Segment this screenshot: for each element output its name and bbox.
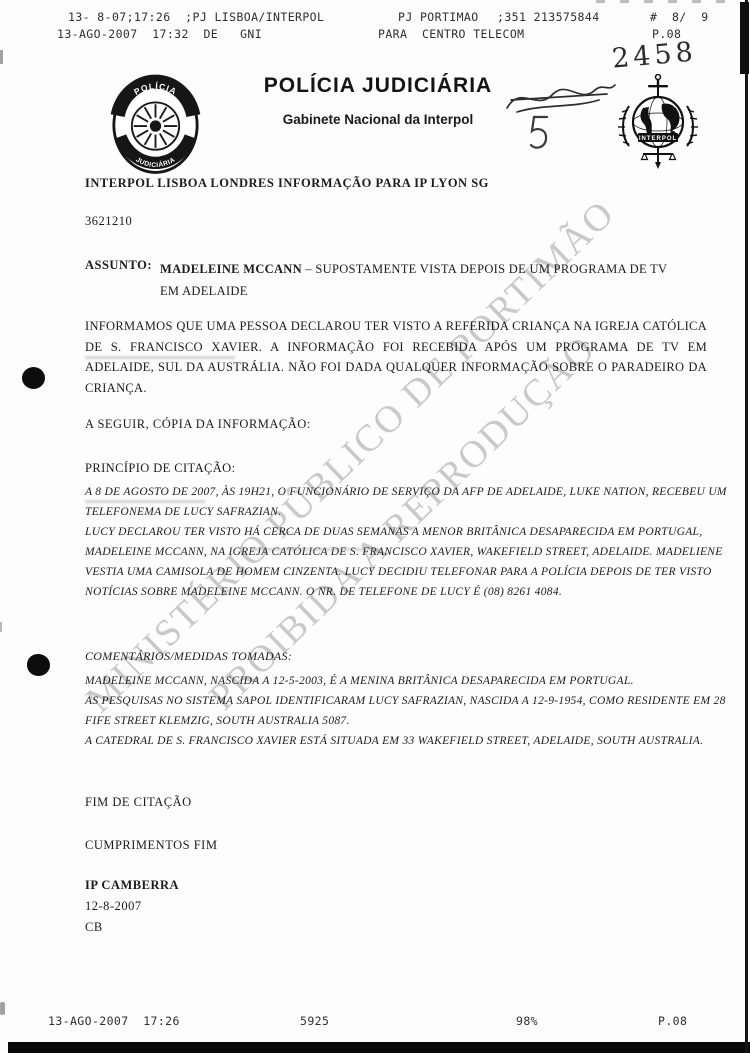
citation-end-line: FIM DE CITAÇÃO <box>85 795 192 810</box>
page-title: POLÍCIA JUDICIÁRIA <box>258 74 498 98</box>
citation-paragraph: LUCY DECLAROU TER VISTO HÁ CERCA DE DUAS… <box>85 522 730 602</box>
fax-sent-line: 13- 8-07;17:26 ;PJ LISBOA/INTERPOL <box>68 10 324 24</box>
scan-mark-left-top <box>0 50 3 64</box>
date-line: 12-8-2007 <box>85 899 142 914</box>
fax-recv-line: 13-AGO-2007 17:32 DE GNI <box>57 27 262 41</box>
citation-start-line: PRINCÍPIO DE CITAÇÃO: <box>85 461 235 476</box>
scan-mark-left-mid <box>0 622 2 632</box>
hole-punch-mark <box>27 654 50 676</box>
scan-block-right <box>740 2 749 74</box>
footer-quality: 98% <box>516 1014 538 1028</box>
comment-paragraph: A CATEDRAL DE S. FRANCISCO XAVIER ESTÁ S… <box>85 731 730 751</box>
scan-smudge <box>85 356 235 359</box>
reference-number: 3621210 <box>85 214 132 229</box>
scan-line-right <box>745 0 748 1053</box>
scan-smudge <box>250 548 380 551</box>
comment-paragraph: AS PESQUISAS NO SISTEMA SAPOL IDENTIFICA… <box>85 691 730 731</box>
fax-document-page: 13- 8-07;17:26 ;PJ LISBOA/INTERPOL PJ PO… <box>0 0 750 1053</box>
scan-mark-left-bottom <box>0 1002 5 1015</box>
comments-block: MADELEINE MCCANN, NASCIDA A 12-5-2003, É… <box>85 671 730 751</box>
subject-label: ASSUNTO: <box>85 258 152 273</box>
fax-sent-number: ;351 213575844 <box>497 10 600 24</box>
signoff-line: CUMPRIMENTOS FIM <box>85 838 217 853</box>
copy-intro-line: A SEGUIR, CÓPIA DA INFORMAÇÃO: <box>85 417 311 432</box>
fax-recv-to: PARA CENTRO TELECOM <box>378 27 524 41</box>
emblem-banner-label: INTERPOL <box>639 136 677 142</box>
interpol-emblem-icon: INTERPOL <box>597 56 703 193</box>
scan-fragment-top <box>596 0 738 3</box>
subject-value: MADELEINE MCCANN – SUPOSTAMENTE VISTA DE… <box>160 258 680 302</box>
comments-heading: COMENTÁRIOS/MEDIDAS TOMADAS: <box>85 649 292 664</box>
address-line: INTERPOL LISBOA LONDRES INFORMAÇÃO PARA … <box>85 176 489 191</box>
sender-line: IP CAMBERRA <box>85 878 179 893</box>
fax-sent-pages: # 8/ 9 <box>650 10 709 24</box>
scan-smudge <box>85 500 205 503</box>
fax-sent-station: PJ PORTIMAO <box>398 10 479 24</box>
footer-datetime: 13-AGO-2007 17:26 <box>48 1014 180 1028</box>
scan-bar-bottom <box>8 1042 750 1053</box>
comment-paragraph: MADELEINE MCCANN, NASCIDA A 12-5-2003, É… <box>85 671 730 691</box>
footer-page: P.08 <box>658 1014 687 1028</box>
footer-counter: 5925 <box>300 1014 329 1028</box>
handwritten-mark-five <box>512 96 552 177</box>
initials-line: CB <box>85 920 103 935</box>
subject-name: MADELEINE MCCANN <box>160 262 305 276</box>
letterhead-subtitle: Gabinete Nacional da Interpol <box>258 112 498 127</box>
hole-punch-mark <box>22 367 45 389</box>
